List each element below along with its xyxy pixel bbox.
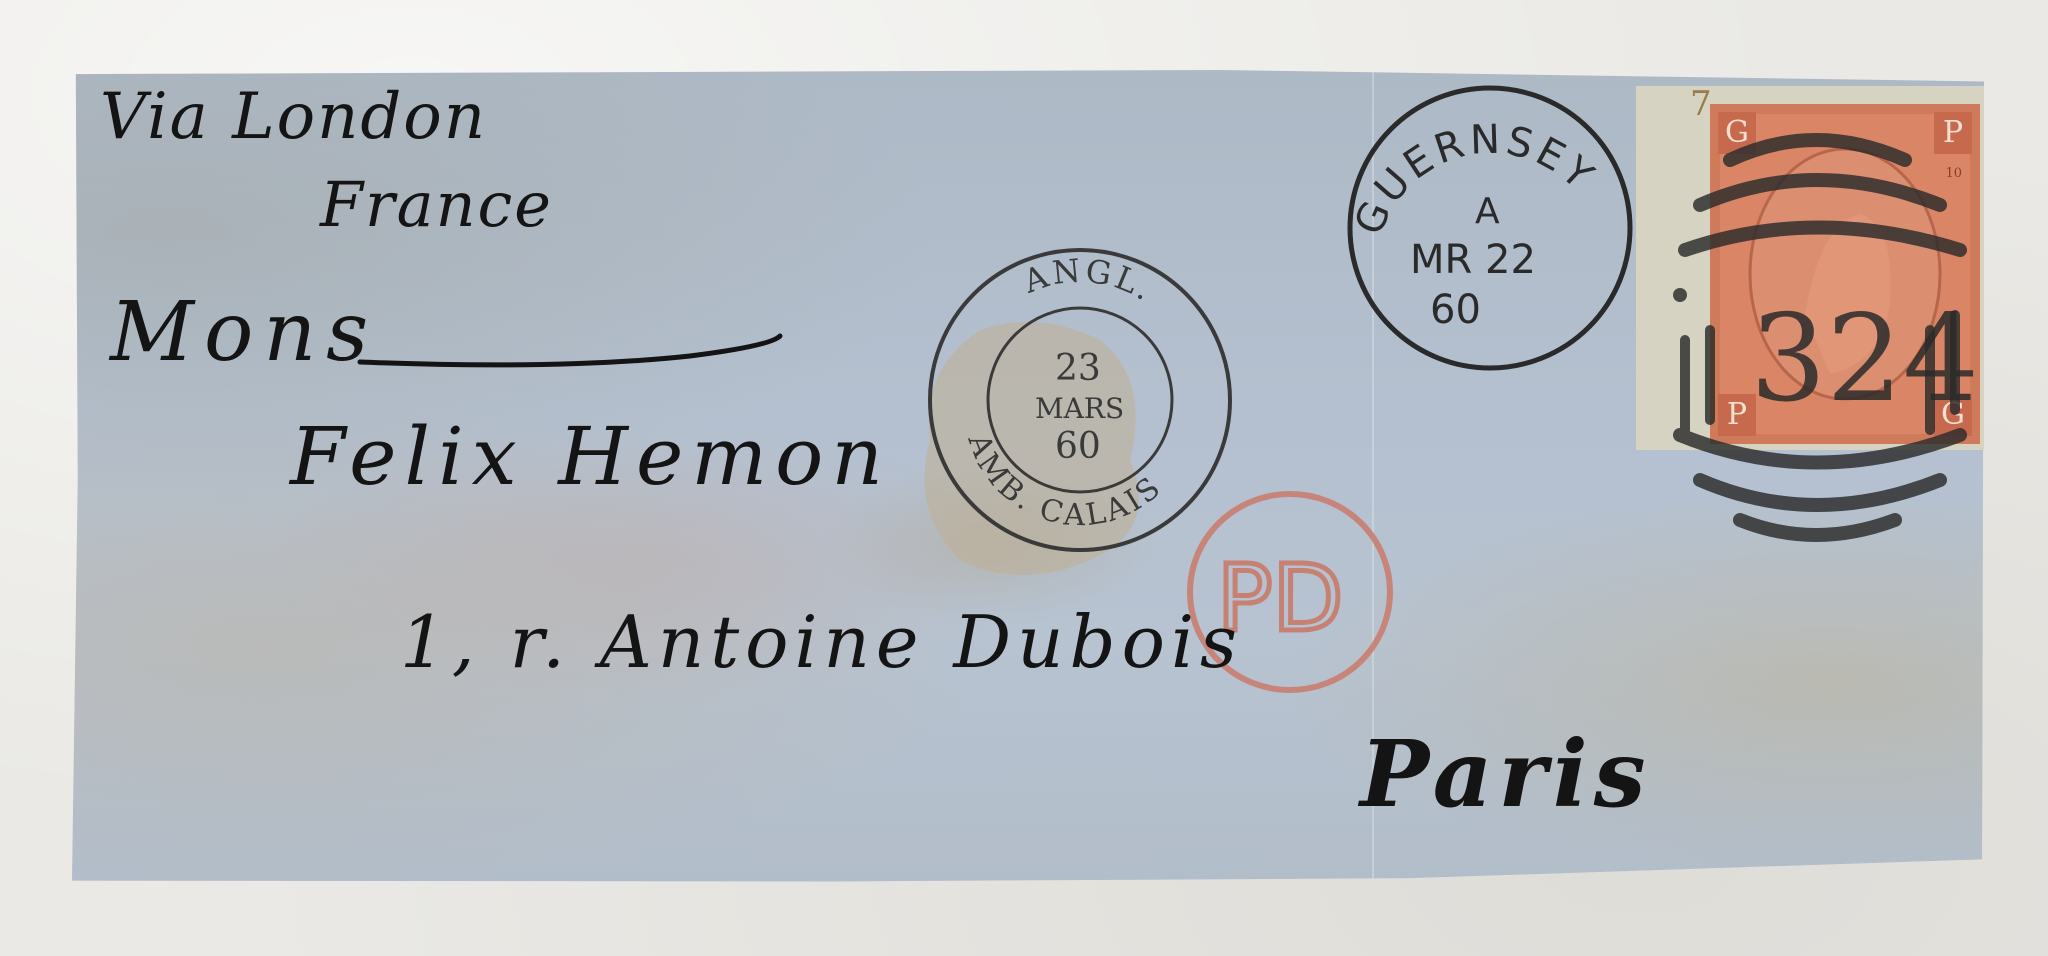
guernsey-cds-date: MR 22 — [1410, 237, 1536, 283]
handwritten-routing-country: France — [320, 168, 553, 241]
calais-cds-day: 23 — [1055, 348, 1101, 389]
handwritten-street-address: 1, r. Antoine Dubois — [400, 600, 1243, 684]
svg-text:324: 324 — [1750, 290, 1979, 429]
calais-cds-top: ANGL. — [1018, 251, 1162, 309]
salutation-flourish — [360, 320, 800, 380]
numeral-cancel-324: 324 — [1640, 100, 2000, 560]
handwritten-recipient-name: Felix Hemon — [290, 410, 891, 503]
handwritten-routing-via: Via London — [100, 80, 487, 154]
calais-cds-month: MARS — [1035, 392, 1124, 425]
guernsey-cds-code: A — [1475, 191, 1500, 232]
handwritten-city: Paris — [1360, 720, 1652, 828]
handwritten-salutation: Mons — [110, 285, 378, 380]
guernsey-cds-year: 60 — [1430, 287, 1481, 333]
svg-text:ANGL.: ANGL. — [1018, 251, 1162, 309]
calais-cds-year: 60 — [1055, 426, 1101, 467]
guernsey-circular-datestamp: GUERNSEY A MR 22 60 — [1340, 78, 1640, 378]
